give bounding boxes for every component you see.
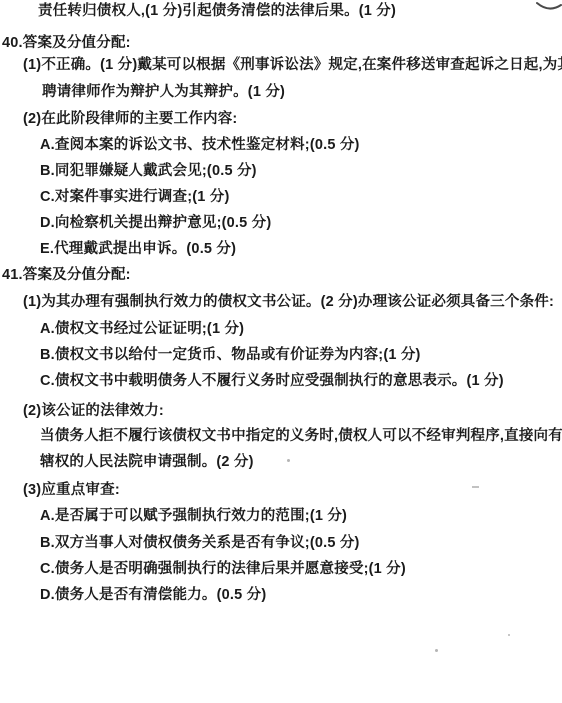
q41-part1-item-b: B.债权文书以给付一定货币、物品或有价证券为内容;(1 分) <box>40 347 421 364</box>
q41-part3-heading: (3)应重点审查: <box>23 482 120 499</box>
pen-stroke-mark <box>536 0 562 14</box>
q40-part2-item-b: B.同犯罪嫌疑人戴武会见;(0.5 分) <box>40 163 257 180</box>
q40-part2-item-e: E.代理戴武提出申诉。(0.5 分) <box>40 241 236 258</box>
q41-part2-line1: 当债务人拒不履行该债权文书中指定的义务时,债权人可以不经审判程序,直接向有管 <box>40 428 562 445</box>
q40-part2-item-d: D.向检察机关提出辩护意见;(0.5 分) <box>40 215 271 232</box>
q41-heading: 41.答案及分值分配: <box>2 267 131 284</box>
q40-heading: 40.答案及分值分配: <box>2 35 131 52</box>
q41-part3-item-b: B.双方当事人对债权债务关系是否有争议;(0.5 分) <box>40 535 360 552</box>
scan-noise-dash <box>472 486 479 488</box>
scan-noise-dot <box>287 459 290 462</box>
q40-part2-heading: (2)在此阶段律师的主要工作内容: <box>23 111 237 128</box>
q41-part2-line2: 辖权的人民法院申请强制。(2 分) <box>40 454 254 471</box>
q40-part1-line2: 聘请律师作为辩护人为其辩护。(1 分) <box>42 84 285 101</box>
scan-noise-dot <box>508 634 510 636</box>
q40-part2-item-c: C.对案件事实进行调查;(1 分) <box>40 189 229 206</box>
q41-part2-heading: (2)该公证的法律效力: <box>23 403 164 420</box>
q41-part3-item-c: C.债务人是否明确强制执行的法律后果并愿意接受;(1 分) <box>40 561 406 578</box>
q41-part1-item-a: A.债权文书经过公证证明;(1 分) <box>40 321 244 338</box>
q40-part2-item-a: A.查阅本案的诉讼文书、技术性鉴定材料;(0.5 分) <box>40 137 360 154</box>
q41-part1-line1: (1)为其办理有强制执行效力的债权文书公证。(2 分)办理该公证必须具备三个条件… <box>23 294 554 311</box>
q40-part1-line1: (1)不正确。(1 分)戴某可以根据《刑事诉讼法》规定,在案件移送审查起诉之日起… <box>23 57 562 74</box>
q41-part1-item-c: C.债权文书中载明债务人不履行义务时应受强制执行的意思表示。(1 分) <box>40 373 504 390</box>
document-page: 责任转归债权人,(1 分)引起债务清偿的法律后果。(1 分) 40.答案及分值分… <box>0 0 562 703</box>
q39-continuation-line: 责任转归债权人,(1 分)引起债务清偿的法律后果。(1 分) <box>38 3 396 20</box>
scan-noise-dot <box>435 649 438 652</box>
q41-part3-item-a: A.是否属于可以赋予强制执行效力的范围;(1 分) <box>40 508 347 525</box>
q41-part3-item-d: D.债务人是否有清偿能力。(0.5 分) <box>40 587 266 604</box>
